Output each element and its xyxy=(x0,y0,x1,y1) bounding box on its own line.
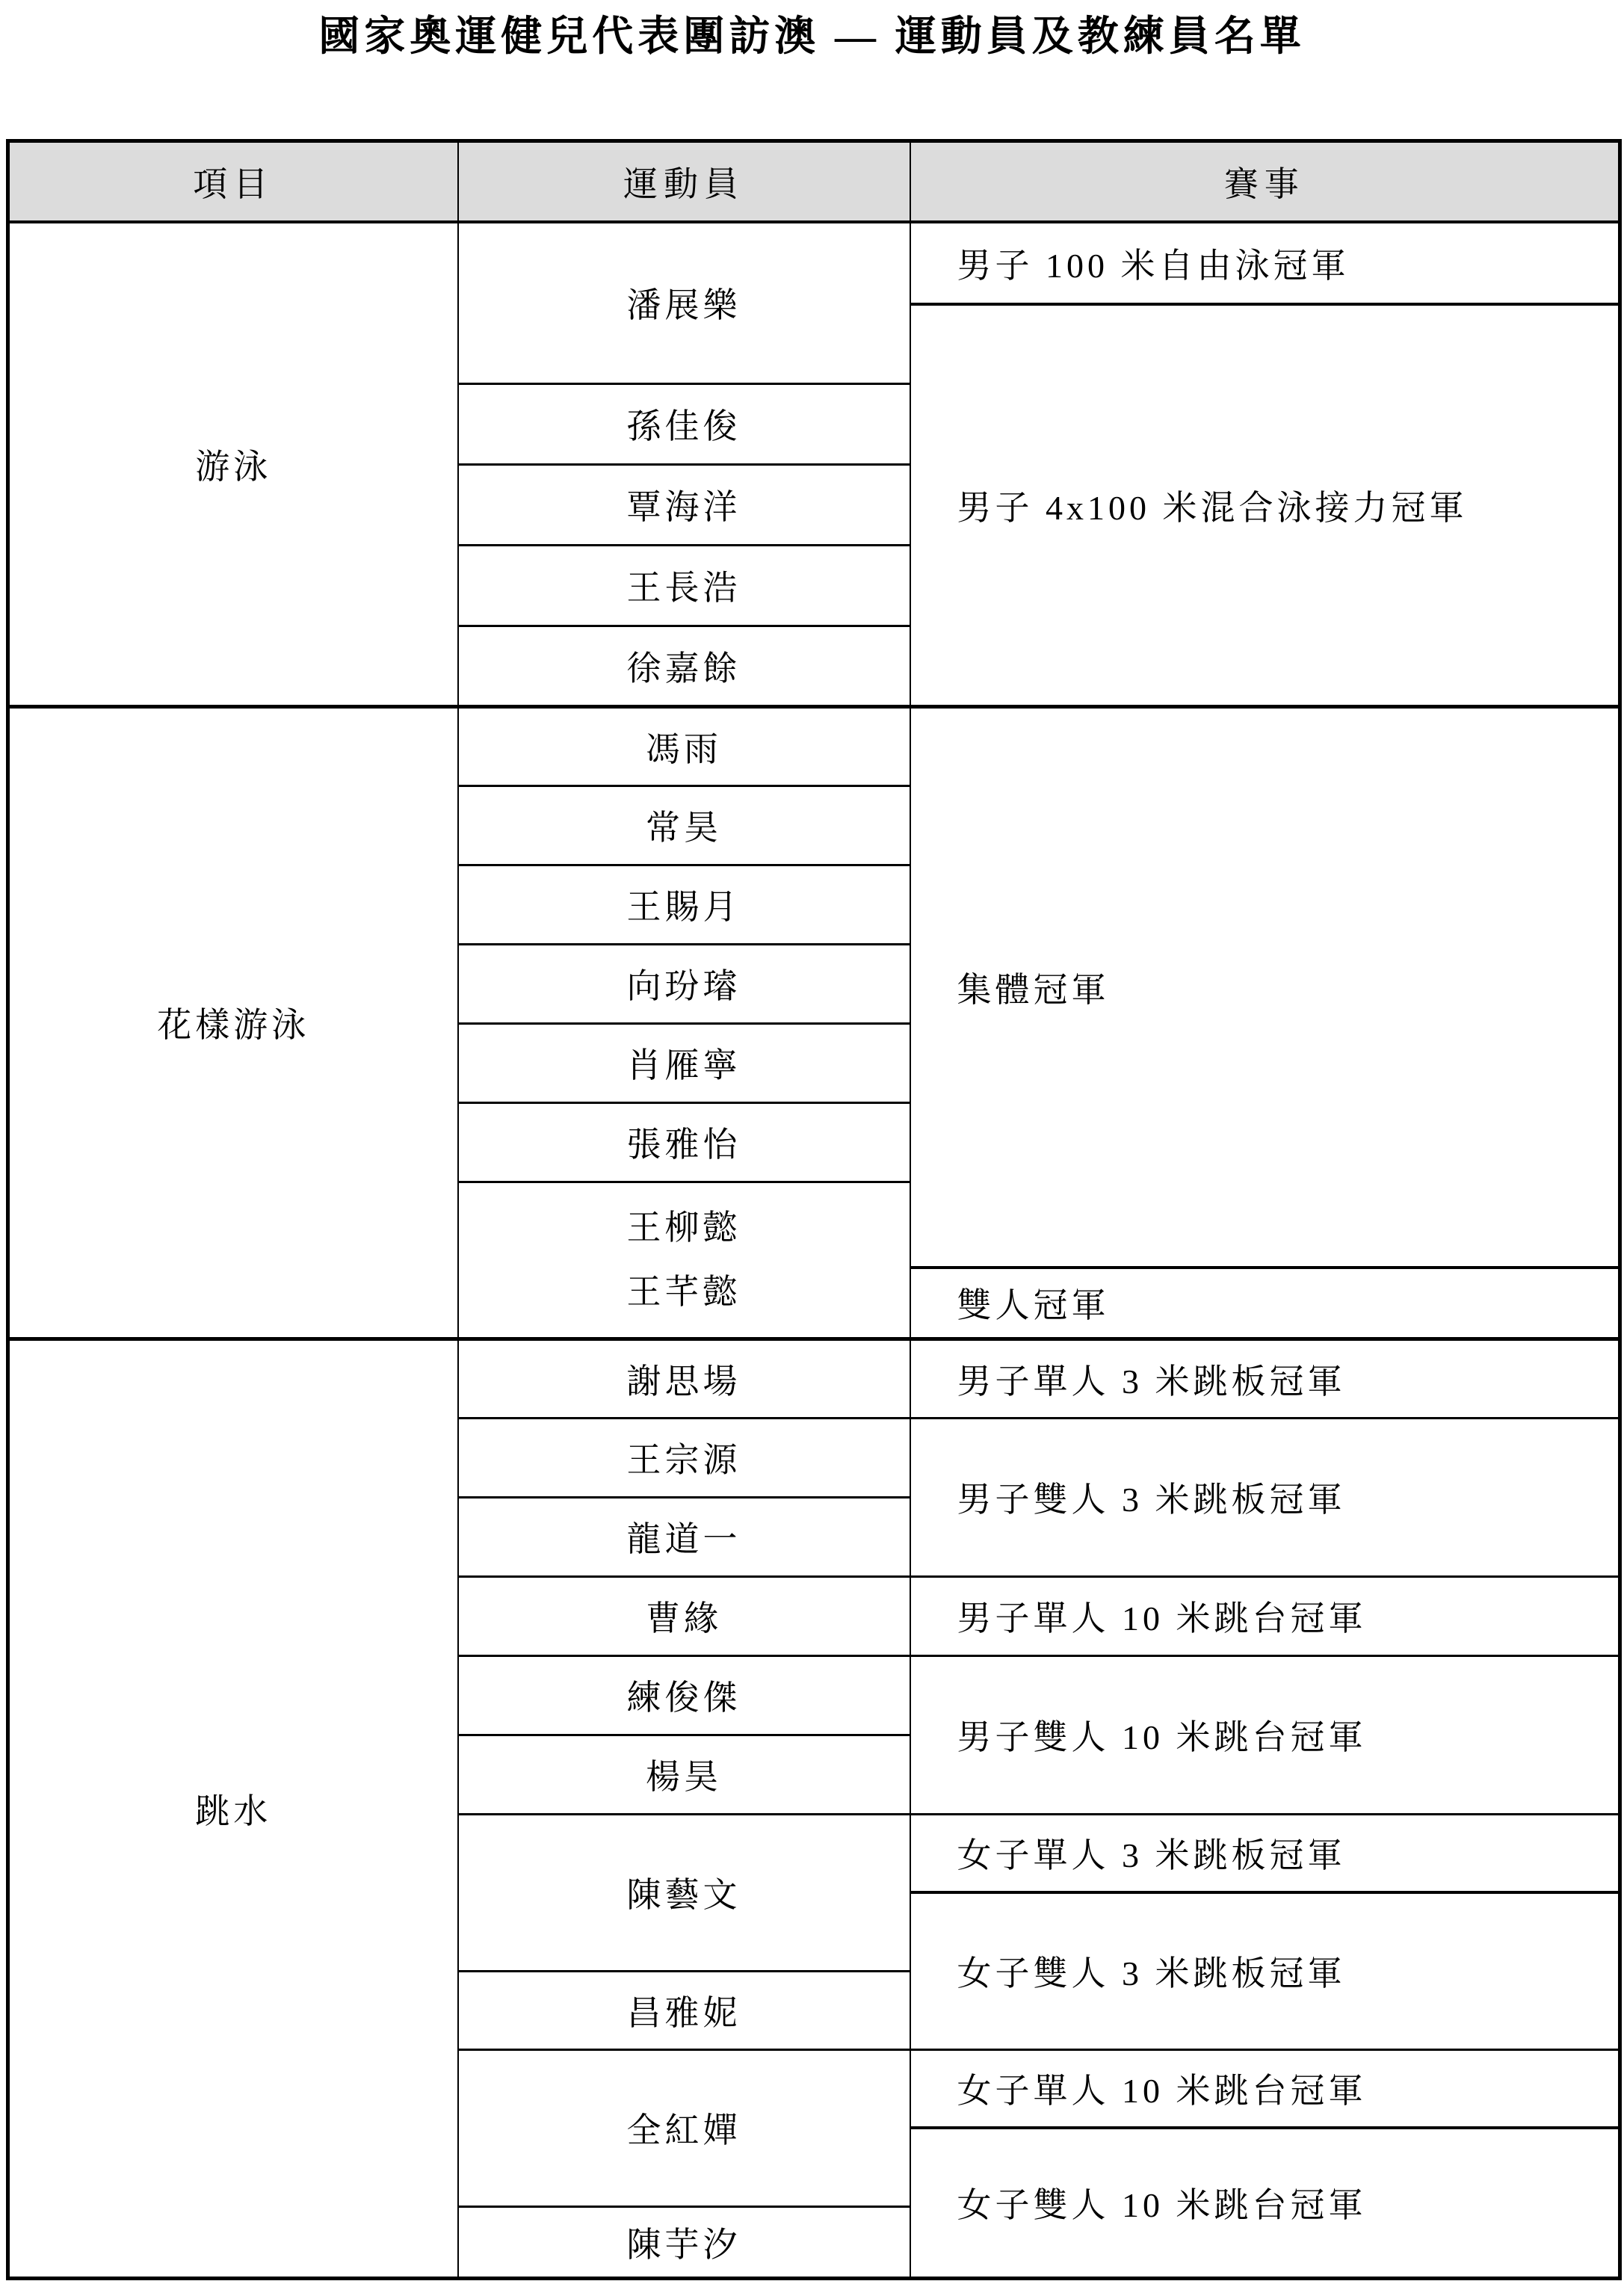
athlete-name: 王芊懿 xyxy=(459,1260,910,1324)
event-cell: 女子單人 3 米跳板冠軍 xyxy=(910,1814,1620,1892)
sport-cell-diving: 跳水 xyxy=(8,1339,458,2278)
athlete-cell: 陳藝文 xyxy=(458,1814,910,1971)
athlete-cell-duet: 王柳懿 王芊懿 xyxy=(458,1182,910,1339)
athlete-name: 王柳懿 xyxy=(459,1196,910,1259)
table-row: 游泳 潘展樂 男子 100 米自由泳冠軍 xyxy=(8,222,1620,304)
athlete-cell: 徐嘉餘 xyxy=(458,626,910,706)
athlete-cell: 王賜月 xyxy=(458,865,910,944)
table-row: 花樣游泳 馮雨 集體冠軍 xyxy=(8,706,1620,785)
athlete-cell: 張雅怡 xyxy=(458,1102,910,1182)
header-col-item: 項目 xyxy=(8,141,458,223)
page-title: 國家奧運健兒代表團訪澳 — 運動員及教練員名單 xyxy=(0,3,1624,62)
athlete-cell: 孫佳俊 xyxy=(458,383,910,464)
athlete-cell: 練俊傑 xyxy=(458,1655,910,1735)
athlete-cell: 王宗源 xyxy=(458,1418,910,1497)
athlete-cell: 楊昊 xyxy=(458,1735,910,1814)
athlete-cell: 陳芋汐 xyxy=(458,2206,910,2278)
event-cell: 男子雙人 3 米跳板冠軍 xyxy=(910,1418,1620,1576)
event-cell: 男子雙人 10 米跳台冠軍 xyxy=(910,1655,1620,1814)
athlete-cell: 常昊 xyxy=(458,785,910,865)
athlete-cell: 向玢璿 xyxy=(458,944,910,1023)
athlete-cell: 肖雁寧 xyxy=(458,1023,910,1102)
event-cell: 男子 4x100 米混合泳接力冠軍 xyxy=(910,304,1620,706)
athlete-cell: 馮雨 xyxy=(458,706,910,785)
table-row: 跳水 謝思場 男子單人 3 米跳板冠軍 xyxy=(8,1339,1620,1418)
event-cell: 女子雙人 3 米跳板冠軍 xyxy=(910,1892,1620,2049)
athlete-cell: 曹緣 xyxy=(458,1576,910,1655)
header-col-event: 賽事 xyxy=(910,141,1620,223)
athlete-cell: 謝思場 xyxy=(458,1339,910,1418)
athlete-cell: 覃海洋 xyxy=(458,464,910,545)
athlete-cell: 龍道一 xyxy=(458,1497,910,1576)
event-cell: 集體冠軍 xyxy=(910,706,1620,1268)
event-cell: 男子 100 米自由泳冠軍 xyxy=(910,222,1620,304)
event-cell: 男子單人 3 米跳板冠軍 xyxy=(910,1339,1620,1418)
header-row: 項目 運動員 賽事 xyxy=(8,141,1620,223)
event-cell: 女子單人 10 米跳台冠軍 xyxy=(910,2049,1620,2128)
document-page: 國家奧運健兒代表團訪澳 — 運動員及教練員名單 項目 運動員 賽事 游泳 潘展樂… xyxy=(0,0,1624,2281)
event-cell: 雙人冠軍 xyxy=(910,1268,1620,1339)
roster-table: 項目 運動員 賽事 游泳 潘展樂 男子 100 米自由泳冠軍 男子 4x100 … xyxy=(6,139,1622,2280)
header-col-athlete: 運動員 xyxy=(458,141,910,223)
event-cell: 女子雙人 10 米跳台冠軍 xyxy=(910,2128,1620,2278)
event-cell: 男子單人 10 米跳台冠軍 xyxy=(910,1576,1620,1655)
athlete-cell: 王長浩 xyxy=(458,545,910,626)
sport-cell-artistic-swimming: 花樣游泳 xyxy=(8,706,458,1339)
athlete-cell: 昌雅妮 xyxy=(458,1971,910,2049)
athlete-cell: 潘展樂 xyxy=(458,222,910,383)
sport-cell-swimming: 游泳 xyxy=(8,222,458,706)
athlete-cell: 全紅嬋 xyxy=(458,2049,910,2206)
